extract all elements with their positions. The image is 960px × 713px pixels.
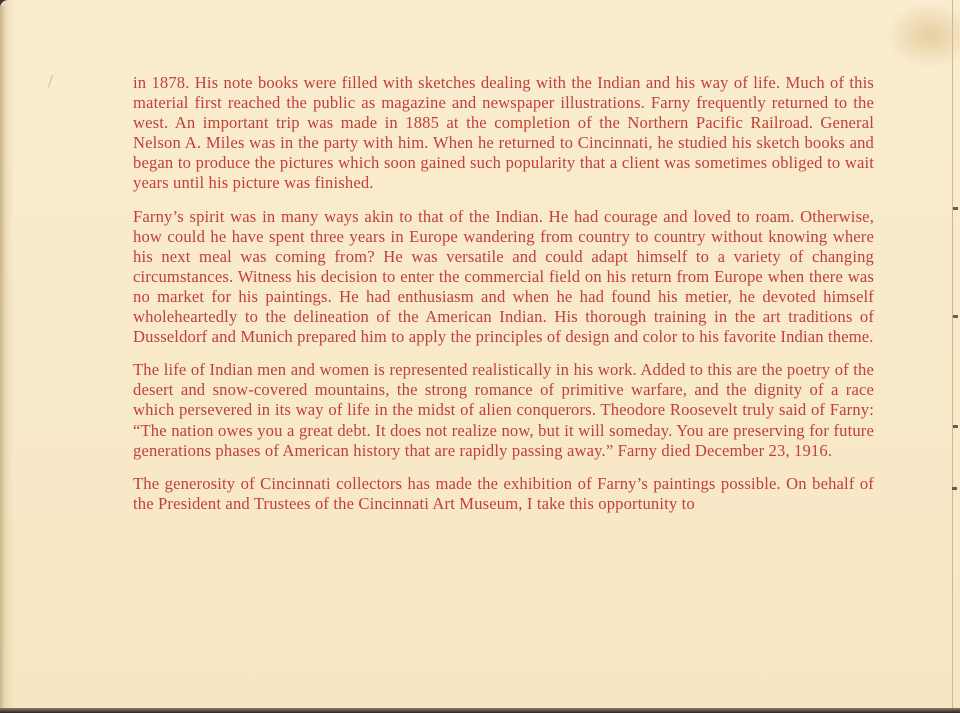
paragraph-3: The life of Indian men and women is repr… — [133, 360, 874, 460]
book-page: in 1878. His note books were filled with… — [0, 0, 960, 709]
page-left-edge — [0, 6, 6, 709]
paragraph-1: in 1878. His note books were filled with… — [133, 73, 874, 194]
binding-stitch-mark — [952, 487, 957, 490]
pencil-mark — [48, 75, 55, 88]
paragraph-4: The generosity of Cincinnati collectors … — [133, 474, 874, 514]
binding-stitch-mark — [953, 425, 958, 428]
paragraph-2: Farny’s spirit was in many ways akin to … — [133, 207, 874, 348]
page-bottom-edge — [0, 708, 960, 713]
binding-stitch-mark — [953, 207, 958, 210]
body-text: in 1878. His note books were filled with… — [133, 73, 874, 527]
page-fold-line — [952, 0, 953, 709]
binding-stitch-mark — [953, 315, 958, 318]
